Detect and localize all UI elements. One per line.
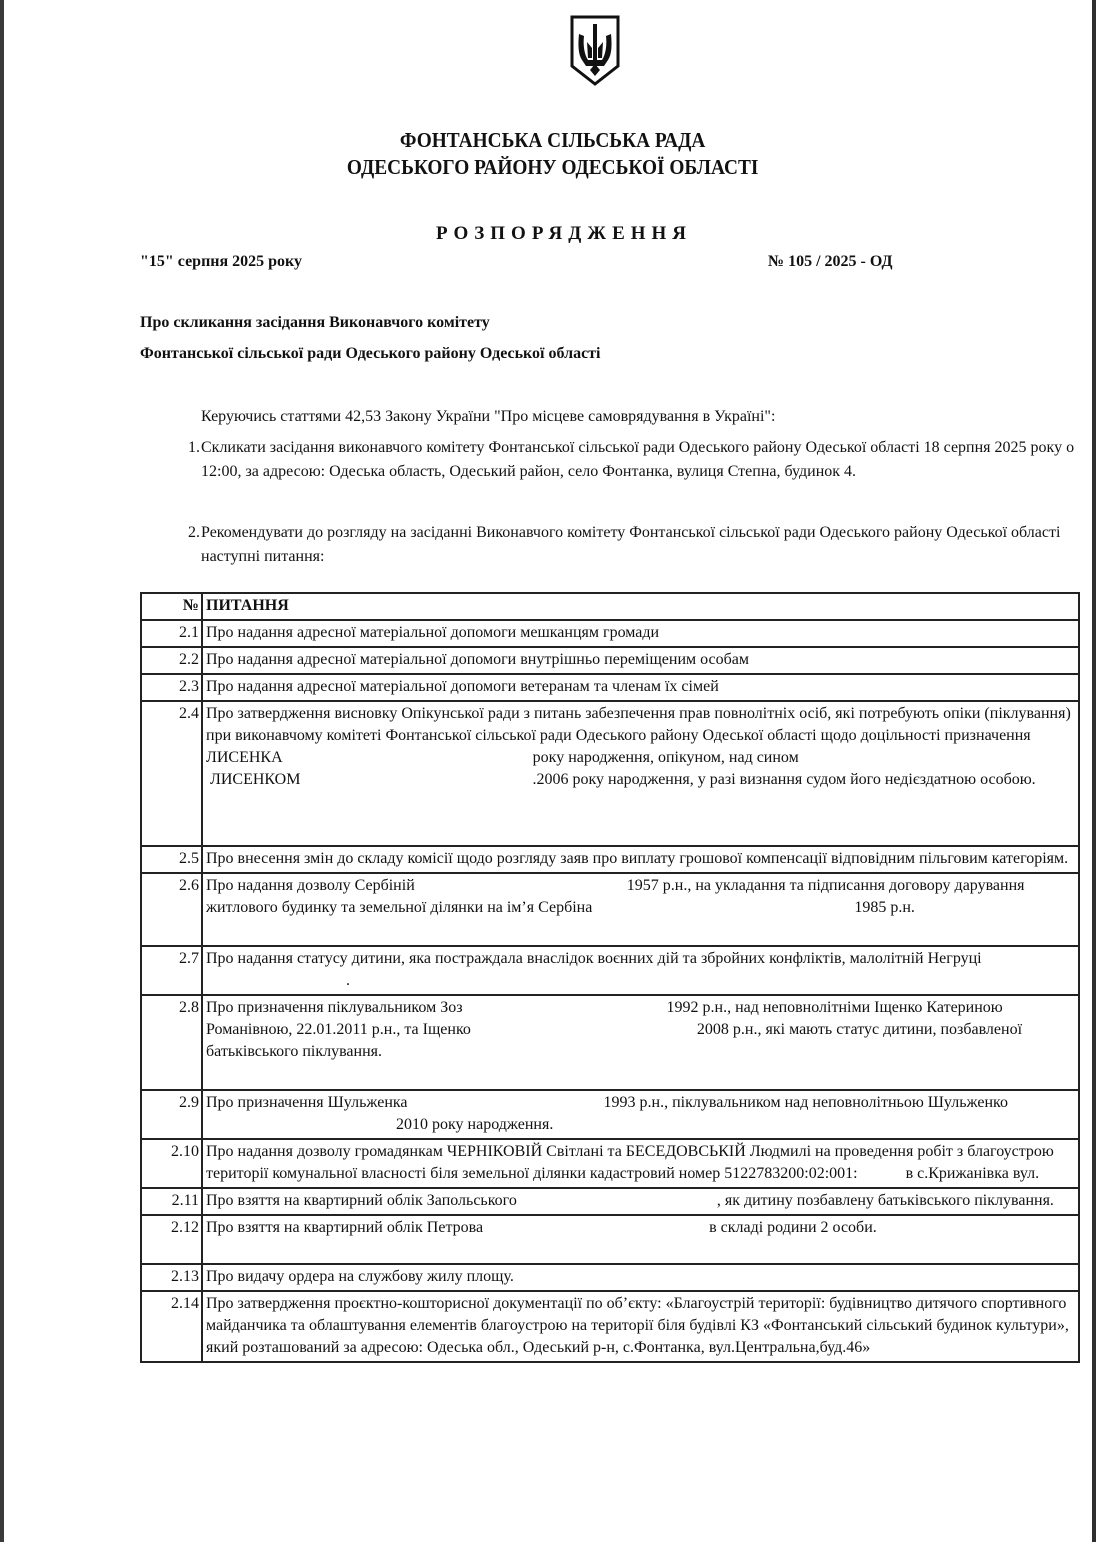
row-question: Про надання адресної матеріальної допомо… [202, 647, 1079, 674]
document-type-title: РОЗПОРЯДЖЕННЯ [4, 223, 1092, 245]
table-header-row: № ПИТАННЯ [141, 593, 1079, 620]
table-row: 2.12 Про взяття на квартирний облік Петр… [141, 1215, 1079, 1264]
row-question: Про внесення змін до складу комісії щодо… [202, 846, 1079, 873]
row-number: 2.14 [141, 1291, 202, 1362]
row-question: Про взяття на квартирний облік Запольськ… [202, 1188, 1079, 1215]
row-number: 2.4 [141, 701, 202, 846]
row-question: Про надання дозволу Сербіній1957 р.н., н… [202, 873, 1079, 946]
row-number: 2.5 [141, 846, 202, 873]
row-number: 2.3 [141, 674, 202, 701]
row-question: Про затвердження висновку Опікунської ра… [202, 701, 1079, 846]
subject-line2: Фонтанської сільської ради Одеського рай… [140, 345, 600, 363]
table-row: 2.13 Про видачу ордера на службову жилу … [141, 1264, 1079, 1291]
table-row: 2.10 Про надання дозволу громадянкам ЧЕР… [141, 1139, 1079, 1188]
item-text: Рекомендувати до розгляду на засіданні В… [201, 521, 1081, 569]
table-row: 2.3 Про надання адресної матеріальної до… [141, 674, 1079, 701]
row-question: Про взяття на квартирний облік Петровав … [202, 1215, 1079, 1264]
table-row: 2.1 Про надання адресної матеріальної до… [141, 620, 1079, 647]
row-number: 2.10 [141, 1139, 202, 1188]
document-page: ФОНТАНСЬКА СІЛЬСЬКА РАДА ОДЕСЬКОГО РАЙОН… [4, 0, 1092, 1542]
row-question: Про затвердження проєктно-кошторисної до… [202, 1291, 1079, 1362]
intro-paragraph: Керуючись статтями 42,53 Закону України … [201, 405, 1081, 429]
row-number: 2.8 [141, 995, 202, 1090]
table-row: 2.7 Про надання статусу дитини, яка пост… [141, 946, 1079, 995]
row-number: 2.12 [141, 1215, 202, 1264]
table-row: 2.14 Про затвердження проєктно-кошторисн… [141, 1291, 1079, 1362]
table-row: 2.5 Про внесення змін до складу комісії … [141, 846, 1079, 873]
row-number: 2.11 [141, 1188, 202, 1215]
document-date: "15" серпня 2025 року [140, 253, 302, 271]
row-number: 2.6 [141, 873, 202, 946]
document-number: № 105 / 2025 - ОД [768, 253, 893, 271]
row-question: Про призначення Шульженка1993 р.н., пікл… [202, 1090, 1079, 1139]
window-edge-right [1092, 0, 1096, 1542]
item-number: 2. [164, 521, 200, 545]
table-row: 2.2 Про надання адресної матеріальної до… [141, 647, 1079, 674]
header-number: № [141, 593, 202, 620]
row-question: Про надання статусу дитини, яка постражд… [202, 946, 1079, 995]
agenda-table: № ПИТАННЯ 2.1 Про надання адресної матер… [140, 592, 1080, 1363]
item-text: Скликати засідання виконавчого комітету … [201, 436, 1081, 484]
row-question: Про надання адресної матеріальної допомо… [202, 674, 1079, 701]
header-question: ПИТАННЯ [202, 593, 1079, 620]
organization-name-line1: ФОНТАНСЬКА СІЛЬСЬКА РАДА [52, 128, 1053, 153]
coat-of-arms-of-ukraine-icon [570, 14, 620, 86]
row-question: Про надання адресної матеріальної допомо… [202, 620, 1079, 647]
table-row: 2.9 Про призначення Шульженка1993 р.н., … [141, 1090, 1079, 1139]
table-row: 2.6 Про надання дозволу Сербіній1957 р.н… [141, 873, 1079, 946]
subject-line1: Про скликання засідання Виконавчого комі… [140, 314, 490, 332]
table-row: 2.8 Про призначення піклувальником Зоз19… [141, 995, 1079, 1090]
organization-name-line2: ОДЕСЬКОГО РАЙОНУ ОДЕСЬКОЇ ОБЛАСТІ [52, 155, 1053, 180]
row-number: 2.1 [141, 620, 202, 647]
row-number: 2.13 [141, 1264, 202, 1291]
table-row: 2.4 Про затвердження висновку Опікунсько… [141, 701, 1079, 846]
row-number: 2.7 [141, 946, 202, 995]
row-number: 2.9 [141, 1090, 202, 1139]
row-number: 2.2 [141, 647, 202, 674]
row-question: Про видачу ордера на службову жилу площу… [202, 1264, 1079, 1291]
item-number: 1. [164, 436, 200, 460]
row-question: Про надання дозволу громадянкам ЧЕРНІКОВ… [202, 1139, 1079, 1188]
table-row: 2.11 Про взяття на квартирний облік Запо… [141, 1188, 1079, 1215]
row-question: Про призначення піклувальником Зоз1992 р… [202, 995, 1079, 1090]
